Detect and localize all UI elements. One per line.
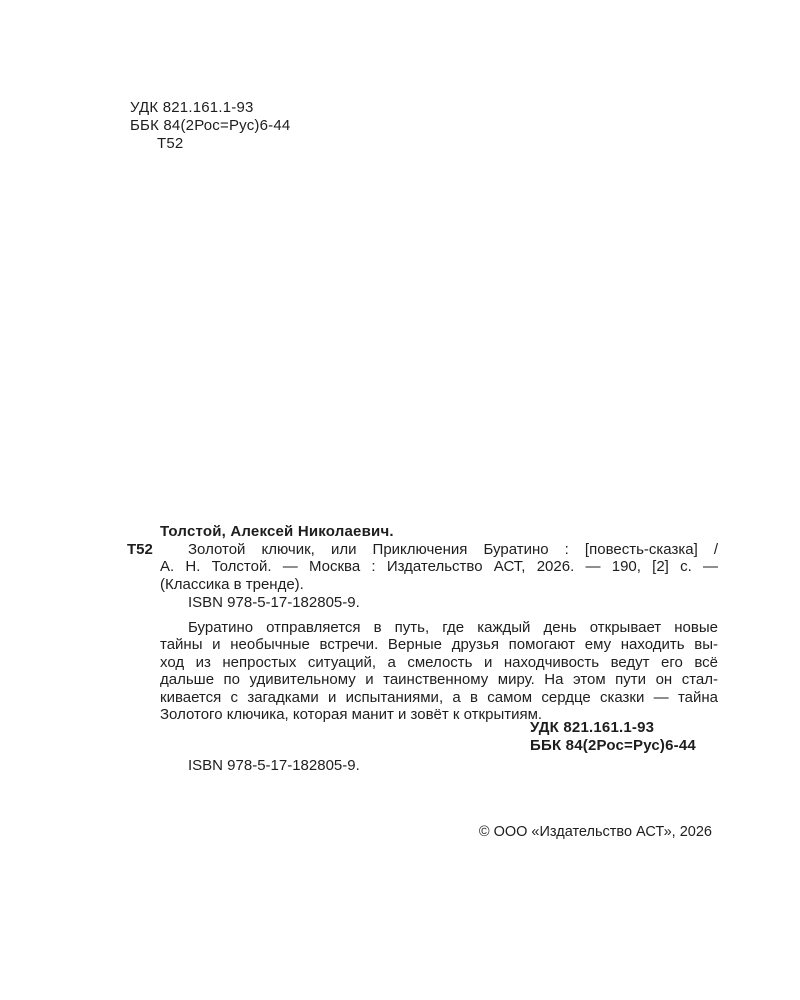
bottom-classification-block: УДК 821.161.1-93 ББК 84(2Рос=Рус)6-44 [530,719,696,754]
annotation-line: тайны и необычные встречи. Верные друзья… [160,636,718,654]
author-heading: Толстой, Алексей Николаевич. [160,523,718,541]
top-classification-block: УДК 821.161.1-93 ББК 84(2Рос=Рус)6-44 Т5… [130,99,290,153]
isbn-line: ISBN 978-5-17-182805-9. [188,594,718,612]
description-line: (Классика в тренде). [160,576,718,594]
udk-code-bottom: УДК 821.161.1-93 [530,719,696,737]
annotation-paragraph: Буратино отправляется в путь, где каждый… [160,619,718,724]
description-lines: Золотой ключик, или Приключения Буратино… [160,541,718,594]
annotation-line: Буратино отправляется в путь, где каждый… [160,619,718,637]
annotation-line: дальше по удивительному и таинственному … [160,671,718,689]
udk-code-top: УДК 821.161.1-93 [130,99,290,117]
bbk-code-bottom: ББК 84(2Рос=Рус)6-44 [530,737,696,755]
bibliographic-description: Т52 Золотой ключик, или Приключения Бура… [160,541,718,594]
catalog-card: Толстой, Алексей Николаевич. Т52 Золотой… [160,523,718,724]
annotation-line: кивается с загадками и испытаниями, а в … [160,689,718,707]
isbn-repeat-line: ISBN 978-5-17-182805-9. [188,757,360,774]
description-line: А. Н. Толстой. — Москва : Издательство А… [160,558,718,576]
margin-author-sign: Т52 [127,541,153,559]
description-line: Золотой ключик, или Приключения Буратино… [160,541,718,559]
annotation-line: ход из непростых ситуаций, а смелость и … [160,654,718,672]
book-imprint-page: УДК 821.161.1-93 ББК 84(2Рос=Рус)6-44 Т5… [0,0,800,1000]
bbk-code-top: ББК 84(2Рос=Рус)6-44 [130,117,290,135]
author-sign-code: Т52 [130,135,290,153]
copyright-line: © ООО «Издательство АСТ», 2026 [479,824,712,840]
